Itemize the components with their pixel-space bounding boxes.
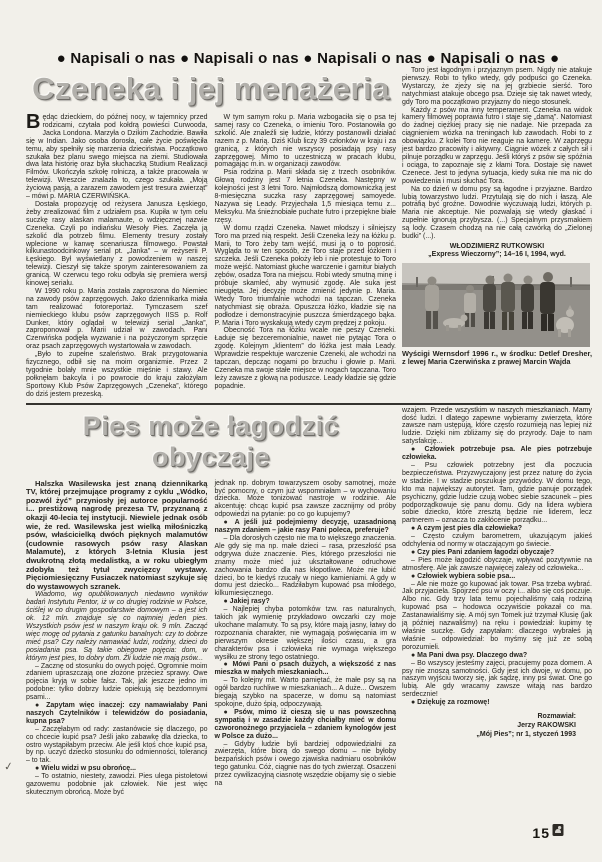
interview-answer: – To ostatnio, niestety, zawodzi. Pies u… — [26, 773, 208, 797]
article1-paragraph: Będąc dzieckiem, do późnej nocy, w tajem… — [26, 114, 208, 201]
article1-paragraph: W domu rządzi Czeneka. Nawet młodszy i s… — [215, 225, 397, 328]
interview-question: ● Dziękuję za rozmowę! — [402, 699, 592, 707]
article1-paragraph: W tym samym roku p. Maria wzbogaciła się… — [215, 114, 397, 169]
article1-paragraph: Każdy z psów ma inny temperament. Czenek… — [402, 107, 592, 186]
interview-answer: jednak np. dobrym towarzyszem osoby samo… — [215, 480, 397, 520]
interview-question: ● Wielu widzi w psu obrońcę... — [26, 765, 208, 773]
closing-line: Rozmawiał: — [402, 712, 592, 721]
interview-answer: – Najlepiej chyba potomków tzw. ras natu… — [215, 606, 397, 661]
article-czeneka: Czeneka i jej menażeria Będąc dzieckiem,… — [26, 67, 590, 399]
group-photo-illustration — [402, 263, 590, 347]
article1-paragraph: „Było to zupełne szaleństwo. Brak przygo… — [26, 351, 208, 398]
interview-question: ● Człowiek potrzebuje psa. Ale pies potr… — [402, 446, 592, 462]
interview-question: ● Ma Pani dwa psy. Dlaczego dwa? — [402, 652, 592, 660]
interview-answer: – Zacznę od stosunku do owych pojęć. Ogr… — [26, 663, 208, 703]
interview-question: ● Jakiej rasy? — [215, 598, 397, 606]
publisher-logo-icon — [552, 823, 564, 842]
interview-question: ● A czym jest pies dla człowieka? — [402, 525, 592, 533]
interview-question: ● Czy pies Pani zdaniem łagodzi obyczaje… — [402, 549, 592, 557]
interview-answer: – Często czułym barometrem, ukazującym j… — [402, 533, 592, 549]
page-footer: 15 — [532, 823, 564, 842]
interview-answer: – Ale nie może go kupować jak towar. Psa… — [402, 581, 592, 652]
interview-answer: – Dla dorosłych często nie ma to większe… — [215, 535, 397, 598]
interview-answer: – Psu człowiek potrzebny jest dla poczuc… — [402, 462, 592, 525]
interview-answer: – To kolejny mit. Warto pamiętać, że mał… — [215, 677, 397, 709]
dropcap-letter: B — [26, 114, 42, 130]
magazine-page: ● Napisali o nas ● Napisali o nas ● Napi… — [0, 0, 602, 862]
article2-column-1: Halszka Wasilewska jest znaną dziennikar… — [26, 480, 208, 797]
page-number: 15 — [532, 825, 550, 841]
article1-source: „Express Wieczorny”; 14–16 I, 1994, wyd. — [402, 251, 592, 259]
article1-column-3: Toro jest łagodnym i przyjaznym psem. Ni… — [402, 67, 592, 367]
interview-question: ● Człowiek wybiera sobie psa... — [402, 573, 592, 581]
article1-paragraph: Psia rodzina p. Marii składa się z trzec… — [215, 169, 397, 224]
interview-question: ● Zapytam więc inaczej: czy namawiałaby … — [26, 702, 208, 726]
interview-question: ● Mówi Pani o psach dużych, a większość … — [215, 661, 397, 677]
interview-answer: – Bo wszyscy jesteśmy zajęci, pracujemy … — [402, 660, 592, 700]
article2-column-2: jednak np. dobrym towarzyszem osoby samo… — [215, 480, 397, 797]
article2-intro: Wiadomo, wg opublikowanych niedawno wyni… — [26, 591, 208, 662]
section-header-strip: ● Napisali o nas ● Napisali o nas ● Napi… — [26, 50, 590, 67]
interview-question: ● Psów, mimo iż cieszą się u nas powszec… — [215, 709, 397, 741]
article1-paragraph: Na co dzień w domu psy są łagodne i przy… — [402, 186, 592, 241]
article1-column-1: Będąc dzieckiem, do późnej nocy, w tajem… — [26, 114, 208, 399]
article2-title: Pies może łagodzić obyczaje — [26, 411, 396, 473]
interview-answer: – Zaczęłabym od rady: zastanówcie się dl… — [26, 726, 208, 766]
article1-paragraph: W 1990 roku p. Maria została zaproszona … — [26, 288, 208, 351]
margin-checkmark: ✓ — [3, 759, 14, 773]
article2-lead: Halszka Wasilewska jest znaną dziennikar… — [26, 480, 208, 592]
closing-source: „Mój Pies”; nr 1, styczeń 1993 — [402, 730, 592, 739]
article1-author: WŁODZIMIERZ RUTKOWSKI — [402, 243, 592, 251]
group-photo — [402, 263, 590, 347]
interview-answer: wzajem. Przede wszystkim w naszych miesz… — [402, 407, 592, 447]
article1-title: Czeneka i jej menażeria — [26, 71, 396, 107]
article1-paragraph: Toro jest łagodnym i przyjaznym psem. Ni… — [402, 67, 592, 107]
interview-answer: – Pies może łagodzić obyczaje, wpływać p… — [402, 557, 592, 573]
article1-column-2: W tym samym roku p. Maria wzbogaciła się… — [215, 114, 397, 399]
interview-question: ● A jeśli już podejmiemy decyzję, uzasad… — [215, 519, 397, 535]
article-pies: Pies może łagodzić obyczaje Halszka Wasi… — [26, 405, 590, 797]
article1-paragraph: Dostała propozycję od reżysera Janusza Ł… — [26, 201, 208, 288]
interview-answer: – Gdyby ludzie byli bardziej odpowiedzia… — [215, 741, 397, 788]
photo-caption: Wyścigi Wernsdorf 1996 r., w środku: Det… — [402, 350, 592, 367]
article1-paragraph: Obecność Tora na łóżku wcale nie peszy C… — [215, 327, 397, 390]
closing-credits: Rozmawiał: Jerzy RAKOWSKI „Mój Pies”; nr… — [402, 712, 592, 739]
closing-author: Jerzy RAKOWSKI — [402, 721, 592, 730]
article2-column-3: wzajem. Przede wszystkim w naszych miesz… — [402, 405, 592, 739]
paragraph-text: ędąc dzieckiem, do późnej nocy, w tajemn… — [26, 114, 208, 200]
